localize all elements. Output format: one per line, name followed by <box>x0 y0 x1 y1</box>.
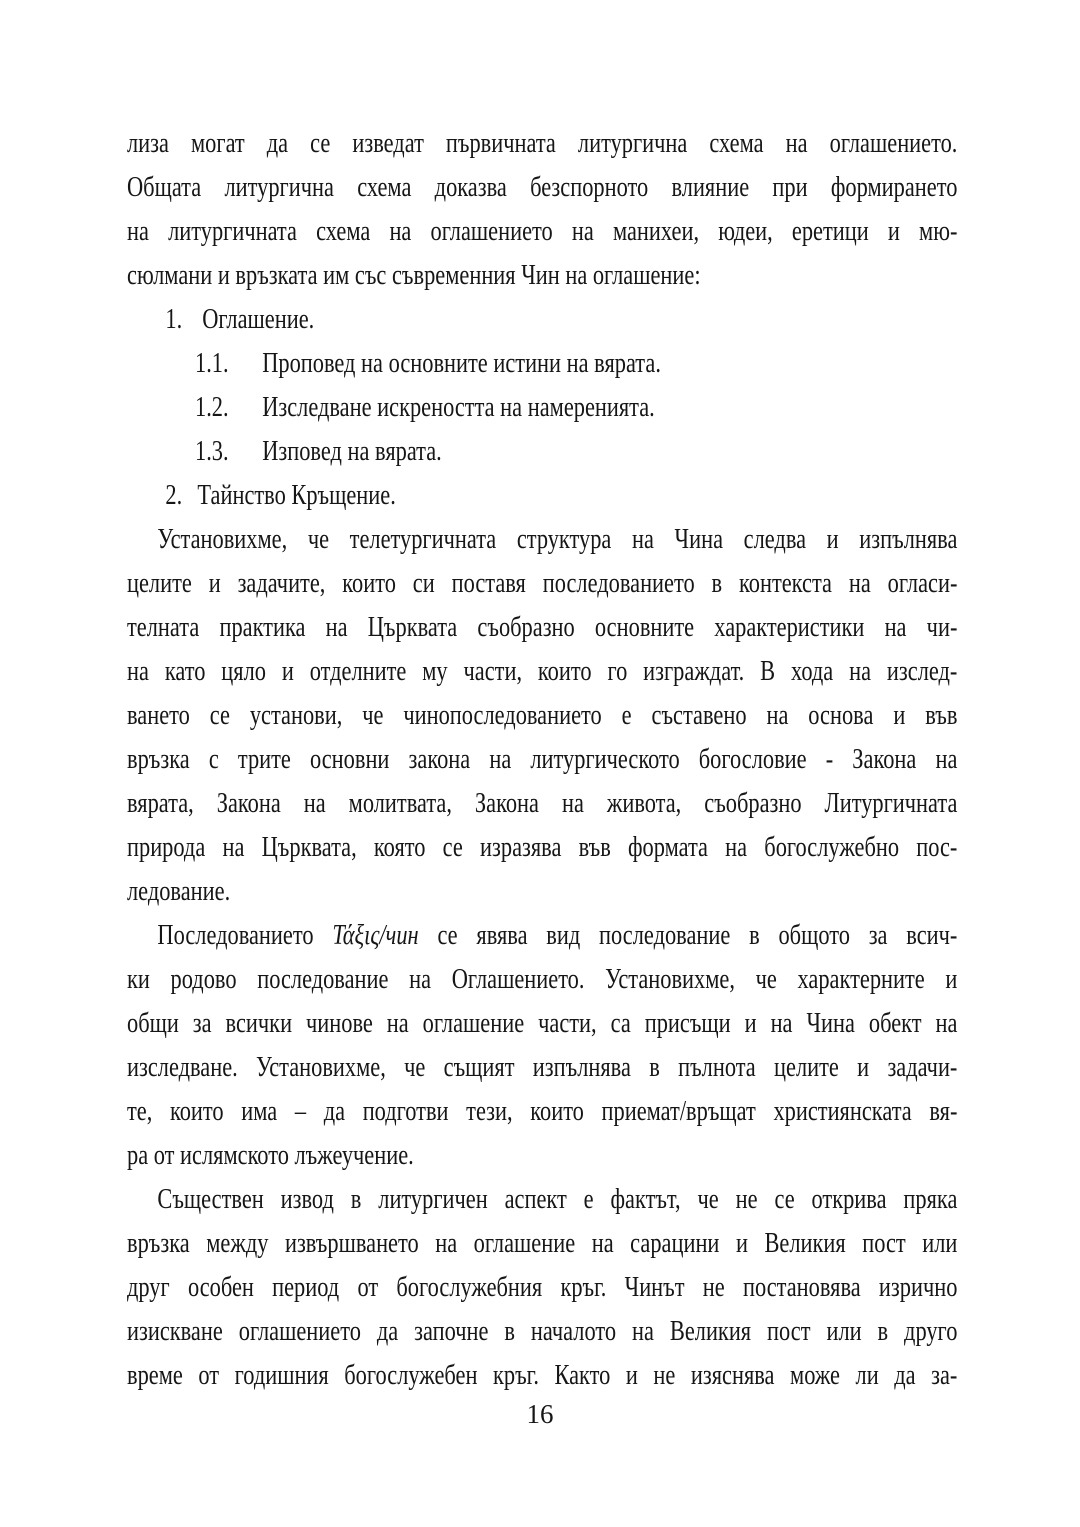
text-line: общи за всички чинове на оглашение части… <box>127 1002 957 1046</box>
list-item-marker: 1. <box>165 298 202 342</box>
text-line: ки родово последование на Оглашението. У… <box>127 958 957 1002</box>
paragraph-taxis: Последованието Τάξις/чин се явява вид по… <box>127 914 957 1178</box>
list-item: 1.2.Изследване искреността на намереният… <box>127 386 957 430</box>
list-item: 1.3.Изповед на вярата. <box>127 430 957 474</box>
text-line: ването се установи, че чинопоследованиет… <box>127 694 957 738</box>
text-line: на като цяло и отделните му части, които… <box>127 650 957 694</box>
text-line: ра от ислямското лъжеучение. <box>127 1134 957 1178</box>
text-segment: се явява вид последование в общото за вс… <box>419 920 958 951</box>
text-line: Общата литургична схема доказва безспорн… <box>127 166 957 210</box>
text-line: изследване. Установихме, че същият изпъл… <box>127 1046 957 1090</box>
text-line: целите и задачите, които си поставя посл… <box>127 562 957 606</box>
list-item-marker: 2. <box>165 474 197 518</box>
text-line: ледование. <box>127 870 957 914</box>
text-line: Последованието Τάξις/чин се явява вид по… <box>127 914 957 958</box>
paragraph-intro: лиза могат да се изведат първичната литу… <box>127 122 957 298</box>
outline-list: 1.Оглашение. 1.1.Проповед на основните и… <box>127 298 957 518</box>
text-line: лиза могат да се изведат първичната литу… <box>127 122 957 166</box>
list-item: 1.1.Проповед на основните истини на вяра… <box>127 342 957 386</box>
text-line: връзка с трите основни закона на литурги… <box>127 738 957 782</box>
list-item-marker: 1.3. <box>195 430 262 474</box>
text-line: те, които има – да подготви тези, които … <box>127 1090 957 1134</box>
list-item: 1.Оглашение. <box>127 298 957 342</box>
list-item-label: Оглашение. <box>202 304 314 335</box>
text-line: Установихме, че телетургичната структура… <box>127 518 957 562</box>
list-item-marker: 1.2. <box>195 386 262 430</box>
text-line: сюлмани и връзката им със съвременния Чи… <box>127 254 957 298</box>
text-segment: Последованието <box>157 920 332 951</box>
list-item-label: Проповед на основните истини на вярата. <box>262 348 661 379</box>
text-line: друг особен период от богослужебния кръг… <box>127 1266 957 1310</box>
text-line: природа на Църквата, която се изразява в… <box>127 826 957 870</box>
paragraph-conclusion: Съществен извод в литургичен аспект е фа… <box>127 1178 957 1398</box>
list-item: 2.Тайнство Кръщение. <box>127 474 957 518</box>
text-line: Съществен извод в литургичен аспект е фа… <box>127 1178 957 1222</box>
text-line: връзка между извършването на оглашение н… <box>127 1222 957 1266</box>
greek-term-italic: Τάξις/чин <box>332 920 418 951</box>
text-line: телната практика на Църквата съобразно о… <box>127 606 957 650</box>
page-text-block: лиза могат да се изведат първичната литу… <box>127 122 957 1398</box>
paragraph-structure: Установихме, че телетургичната структура… <box>127 518 957 914</box>
text-line: вярата, Закона на молитвата, Закона на ж… <box>127 782 957 826</box>
text-line: на литургичната схема на оглашението на … <box>127 210 957 254</box>
list-item-label: Изповед на вярата. <box>262 436 442 467</box>
document-page: { "document": { "language": "bg", "text_… <box>0 0 1080 1527</box>
list-item-label: Тайнство Кръщение. <box>197 480 395 511</box>
text-line: изискване оглашението да започне в начал… <box>127 1310 957 1354</box>
list-item-label: Изследване искреността на намеренията. <box>262 392 655 423</box>
list-item-marker: 1.1. <box>195 342 262 386</box>
page-number: 16 <box>0 1392 1080 1436</box>
